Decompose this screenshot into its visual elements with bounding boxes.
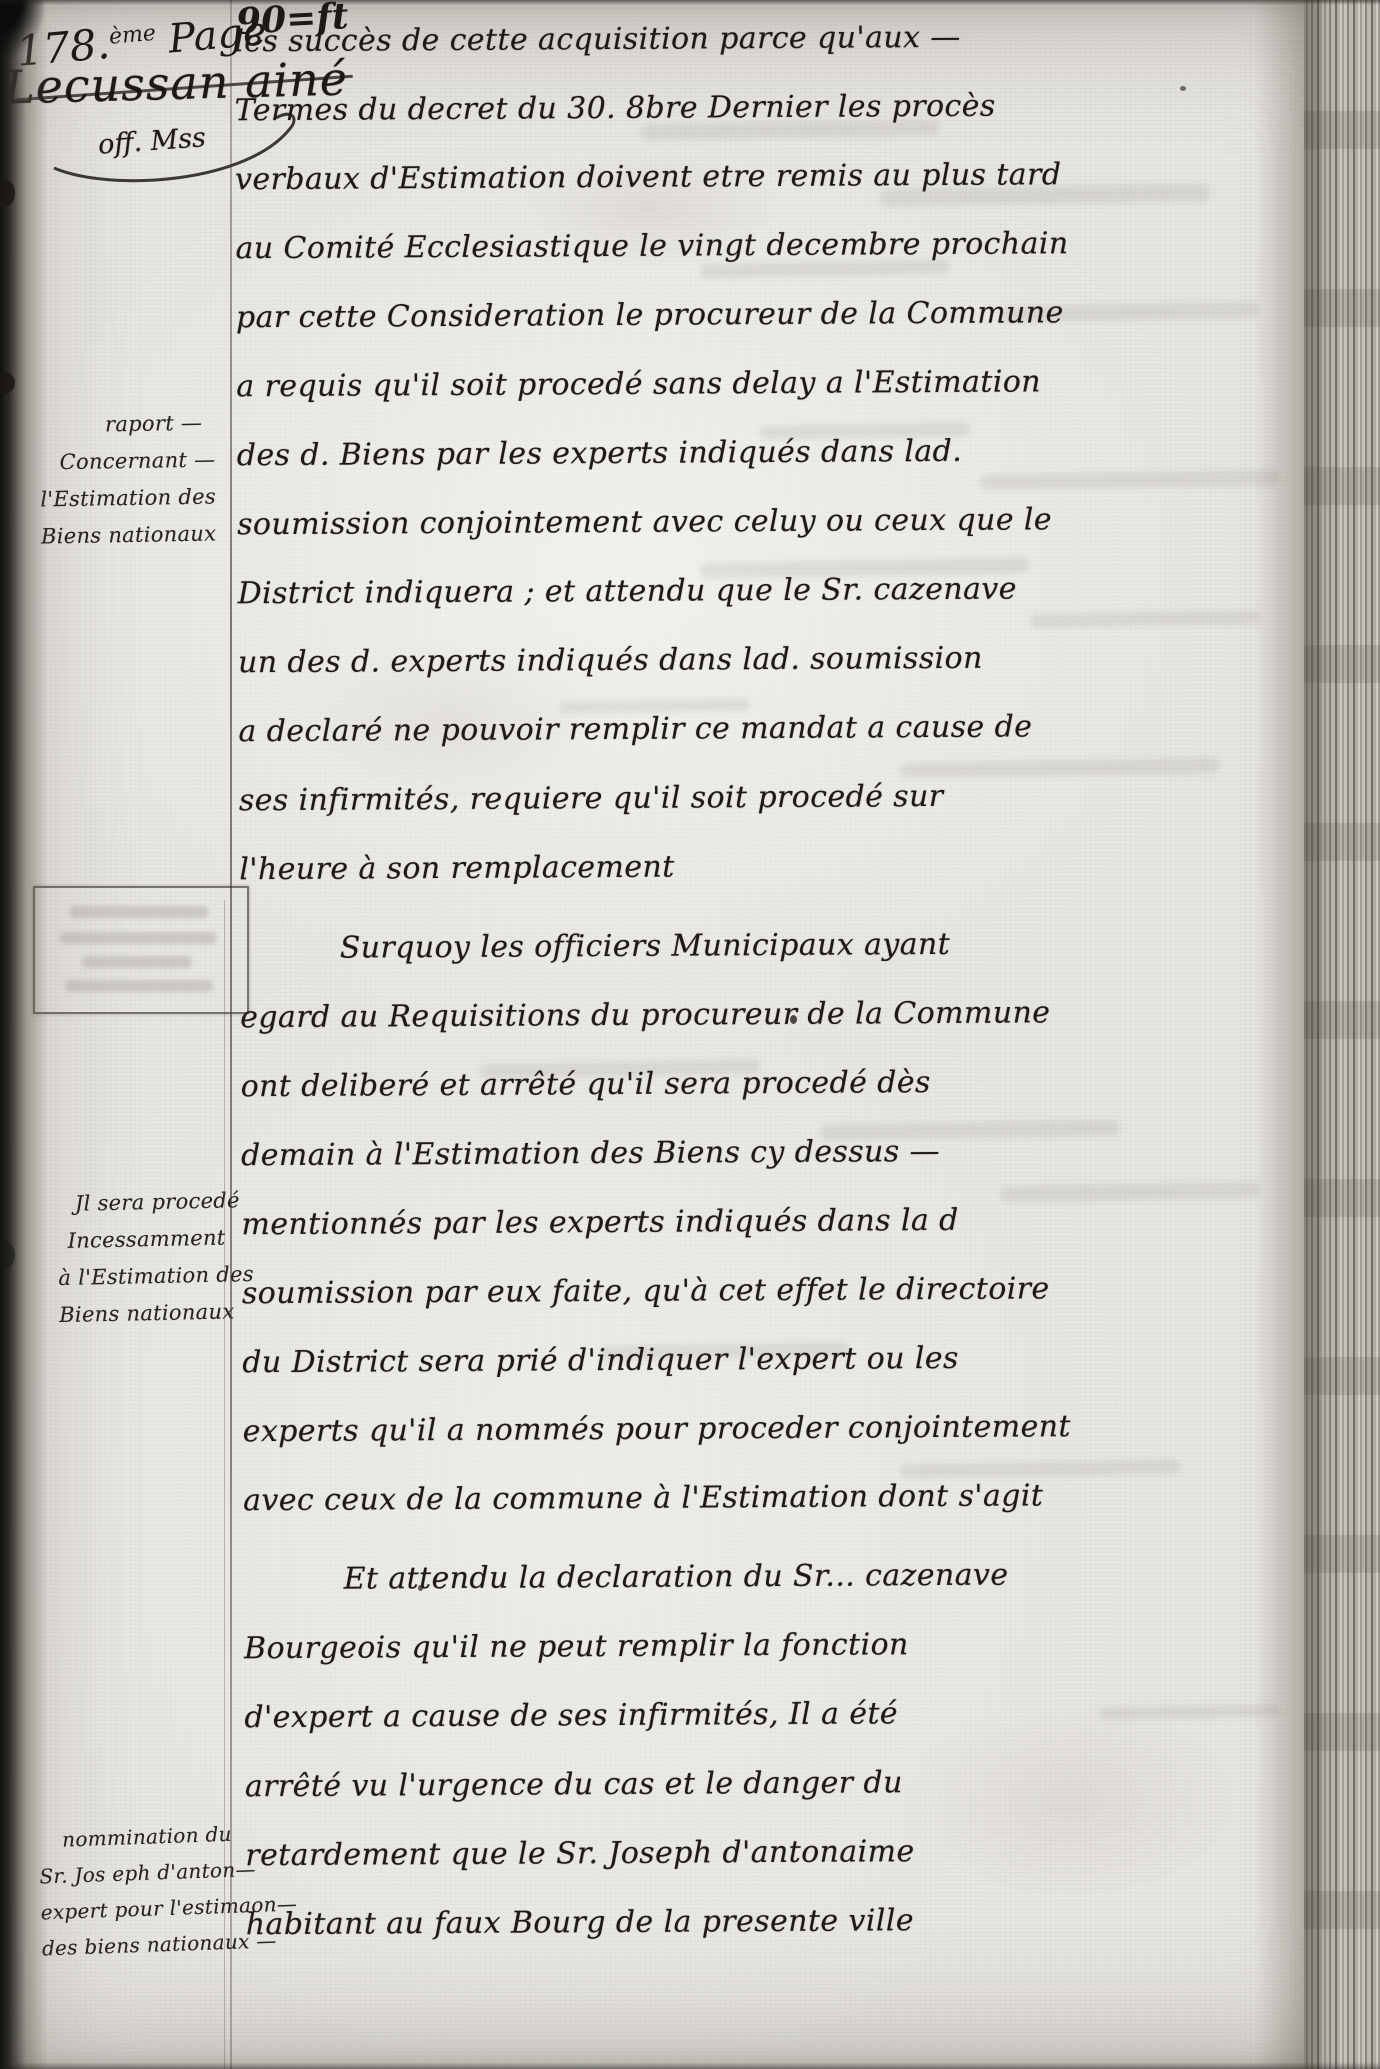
manuscript-line: mentionnés par les experts indiqués dans… bbox=[241, 1184, 1311, 1260]
margin-note-line: Biens nationaux bbox=[41, 515, 217, 555]
margin-note-estimation: Jl sera procedéIncessammentà l'Estimatio… bbox=[56, 1182, 254, 1334]
manuscript-line: ont deliberé et arrêté qu'il sera proced… bbox=[240, 1046, 1310, 1122]
manuscript-line: arrêté vu l'urgence du cas et le danger … bbox=[245, 1746, 1315, 1822]
page-number-suffix: ème bbox=[108, 21, 157, 50]
book-binding bbox=[0, 0, 48, 2069]
margin-note-line: l'Estimation des bbox=[40, 478, 216, 518]
manuscript-line: au Comité Ecclesiastique le vingt decemb… bbox=[235, 208, 1305, 284]
book-binding-corner bbox=[0, 0, 44, 58]
margin-note-report: raport —Concernant —l'Estimation desBien… bbox=[39, 404, 217, 555]
manuscript-line: Termes du decret du 30. 8bre Dernier les… bbox=[234, 70, 1304, 146]
manuscript-line: Et attendu la declaration du Sr... cazen… bbox=[243, 1539, 1313, 1615]
margin-note-line: Biens nationaux bbox=[59, 1293, 255, 1334]
scan-edge-top bbox=[0, 0, 1380, 5]
manuscript-line: a declaré ne pouvoir remplir ce mandat a… bbox=[238, 691, 1308, 767]
margin-note-line: Concernant — bbox=[59, 441, 215, 481]
ink-spot bbox=[790, 1015, 797, 1024]
manuscript-page-scan: 178.èmePage 90=ft Lecussan ainé off. Mss… bbox=[0, 0, 1380, 2069]
archive-stamp bbox=[33, 886, 249, 1014]
manuscript-line: habitant au faux Bourg de la presente vi… bbox=[246, 1884, 1316, 1960]
manuscript-line: Surquoy les officiers Municipaux ayant bbox=[240, 908, 1310, 984]
manuscript-line: experts qu'il a nommés pour proceder con… bbox=[243, 1391, 1313, 1467]
manuscript-line: les succès de cette acquisition parce qu… bbox=[234, 1, 1304, 77]
manuscript-line: d'expert a cause de ses infirmités, Il a… bbox=[244, 1677, 1314, 1753]
page-fold-line bbox=[230, 0, 232, 2069]
manuscript-line: l'heure à son remplacement bbox=[239, 829, 1309, 905]
margin-note-line: Jl sera procedé bbox=[74, 1182, 252, 1223]
manuscript-line: District indiquera ; et attendu que le S… bbox=[237, 553, 1307, 629]
manuscript-body: les succès de cette acquisition parce qu… bbox=[234, 1, 1316, 1959]
manuscript-line: demain à l'Estimation des Biens cy dessu… bbox=[241, 1115, 1311, 1191]
ink-spot bbox=[418, 1585, 423, 1591]
manuscript-line: un des d. experts indiqués dans lad. sou… bbox=[238, 622, 1308, 698]
manuscript-line: ses infirmités, requiere qu'il soit proc… bbox=[239, 760, 1309, 836]
manuscript-line: Bourgeois qu'il ne peut remplir la fonct… bbox=[244, 1608, 1314, 1684]
manuscript-line: soumission conjointement avec celuy ou c… bbox=[237, 484, 1307, 560]
manuscript-line: avec ceux de la commune à l'Estimation d… bbox=[243, 1460, 1313, 1536]
manuscript-line: du District sera prié d'indiquer l'exper… bbox=[242, 1322, 1312, 1398]
manuscript-line: a requis qu'il soit procedé sans delay a… bbox=[236, 346, 1306, 422]
book-page-edges bbox=[1304, 0, 1380, 2069]
manuscript-line: soumission par eux faite, qu'à cet effet… bbox=[242, 1253, 1312, 1329]
manuscript-line: verbaux d'Estimation doivent etre remis … bbox=[235, 139, 1305, 215]
margin-note-line: raport — bbox=[105, 404, 215, 443]
manuscript-line: des d. Biens par les experts indiqués da… bbox=[237, 415, 1307, 491]
manuscript-line: egard au Requisitions du procureur de la… bbox=[240, 977, 1310, 1053]
page-crease bbox=[1254, 0, 1304, 2069]
manuscript-line: par cette Consideration le procureur de … bbox=[236, 277, 1306, 353]
manuscript-line: retardement que le Sr. Joseph d'antonaim… bbox=[245, 1815, 1315, 1891]
ink-spot bbox=[1180, 86, 1186, 91]
scan-edge-bottom bbox=[0, 2062, 1380, 2069]
margin-note-line: Incessamment bbox=[67, 1219, 253, 1260]
page-fold-line bbox=[224, 900, 225, 2069]
